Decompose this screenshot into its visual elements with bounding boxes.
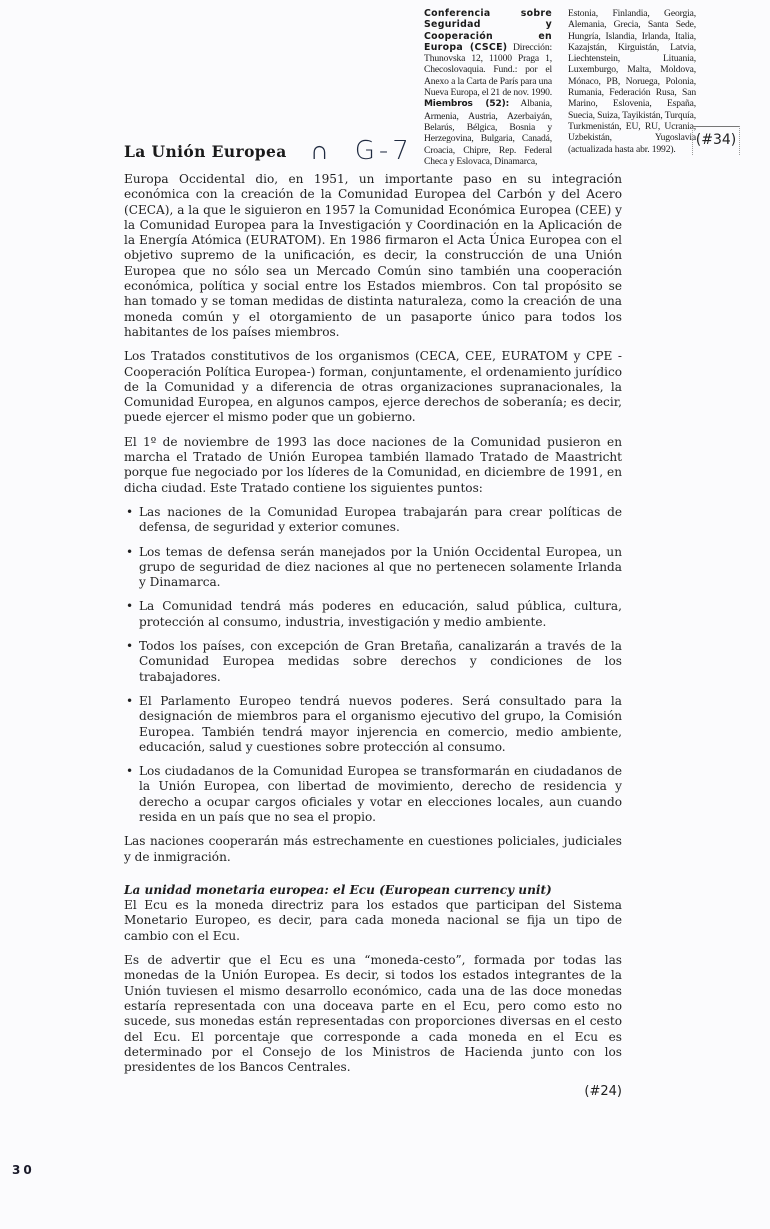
sidebar-column-csce: Conferencia sobre Seguridad y Cooperació… — [424, 8, 552, 167]
csce-members-label: Miembros (52): — [424, 99, 509, 109]
list-item: •La Comunidad tendrá más poderes en educ… — [124, 599, 622, 630]
bullet-icon: • — [126, 505, 133, 520]
bullet-icon: • — [126, 764, 133, 779]
bullet-icon: • — [126, 639, 133, 654]
bullet-icon: • — [126, 545, 133, 560]
bullet-icon: • — [126, 599, 133, 614]
paragraph-treaties: Los Tratados constitutivos de los organi… — [124, 349, 622, 425]
handwritten-note: G-7 — [355, 136, 413, 166]
paragraph-cooperation: Las naciones cooperarán más estrechament… — [124, 834, 622, 865]
list-item: •El Parlamento Europeo tendrá nuevos pod… — [124, 694, 622, 755]
list-item: •Todos los países, con excepción de Gran… — [124, 639, 622, 685]
list-item: •Los temas de defensa serán manejados po… — [124, 545, 622, 591]
handwritten-annotation: ∩G-7 — [310, 135, 413, 166]
article-body: Europa Occidental dio, en 1951, un impor… — [124, 172, 622, 1100]
page-number: 30 — [12, 1163, 35, 1177]
list-item: •Los ciudadanos de la Comunidad Europea … — [124, 764, 622, 825]
ecu-section-heading: La unidad monetaria europea: el Ecu (Eur… — [124, 883, 622, 898]
paragraph-intro: Europa Occidental dio, en 1951, un impor… — [124, 172, 622, 340]
bullet-icon: • — [126, 694, 133, 709]
ecu-section: La unidad monetaria europea: el Ecu (Eur… — [124, 883, 622, 944]
list-item: •Las naciones de la Comunidad Europea tr… — [124, 505, 622, 536]
sidebar-column-members-continued: Estonia, Finlandia, Georgia, Alemania, G… — [568, 8, 696, 155]
ecu-paragraph-1: El Ecu es la moneda directriz para los e… — [124, 898, 622, 943]
treaty-points-list: •Las naciones de la Comunidad Europea tr… — [124, 505, 622, 825]
intersection-symbol-icon: ∩ — [310, 136, 333, 166]
paragraph-maastricht: El 1º de noviembre de 1993 las doce naci… — [124, 435, 622, 496]
csce-members-continued-text: Estonia, Finlandia, Georgia, Alemania, G… — [568, 8, 696, 155]
sidebar-reference-tag: (#34) — [692, 126, 740, 155]
page-title: La Unión Europea — [124, 142, 287, 161]
body-reference-tag: (#24) — [124, 1084, 622, 1099]
ecu-paragraph-2: Es de advertir que el Ecu es una “moneda… — [124, 953, 622, 1075]
